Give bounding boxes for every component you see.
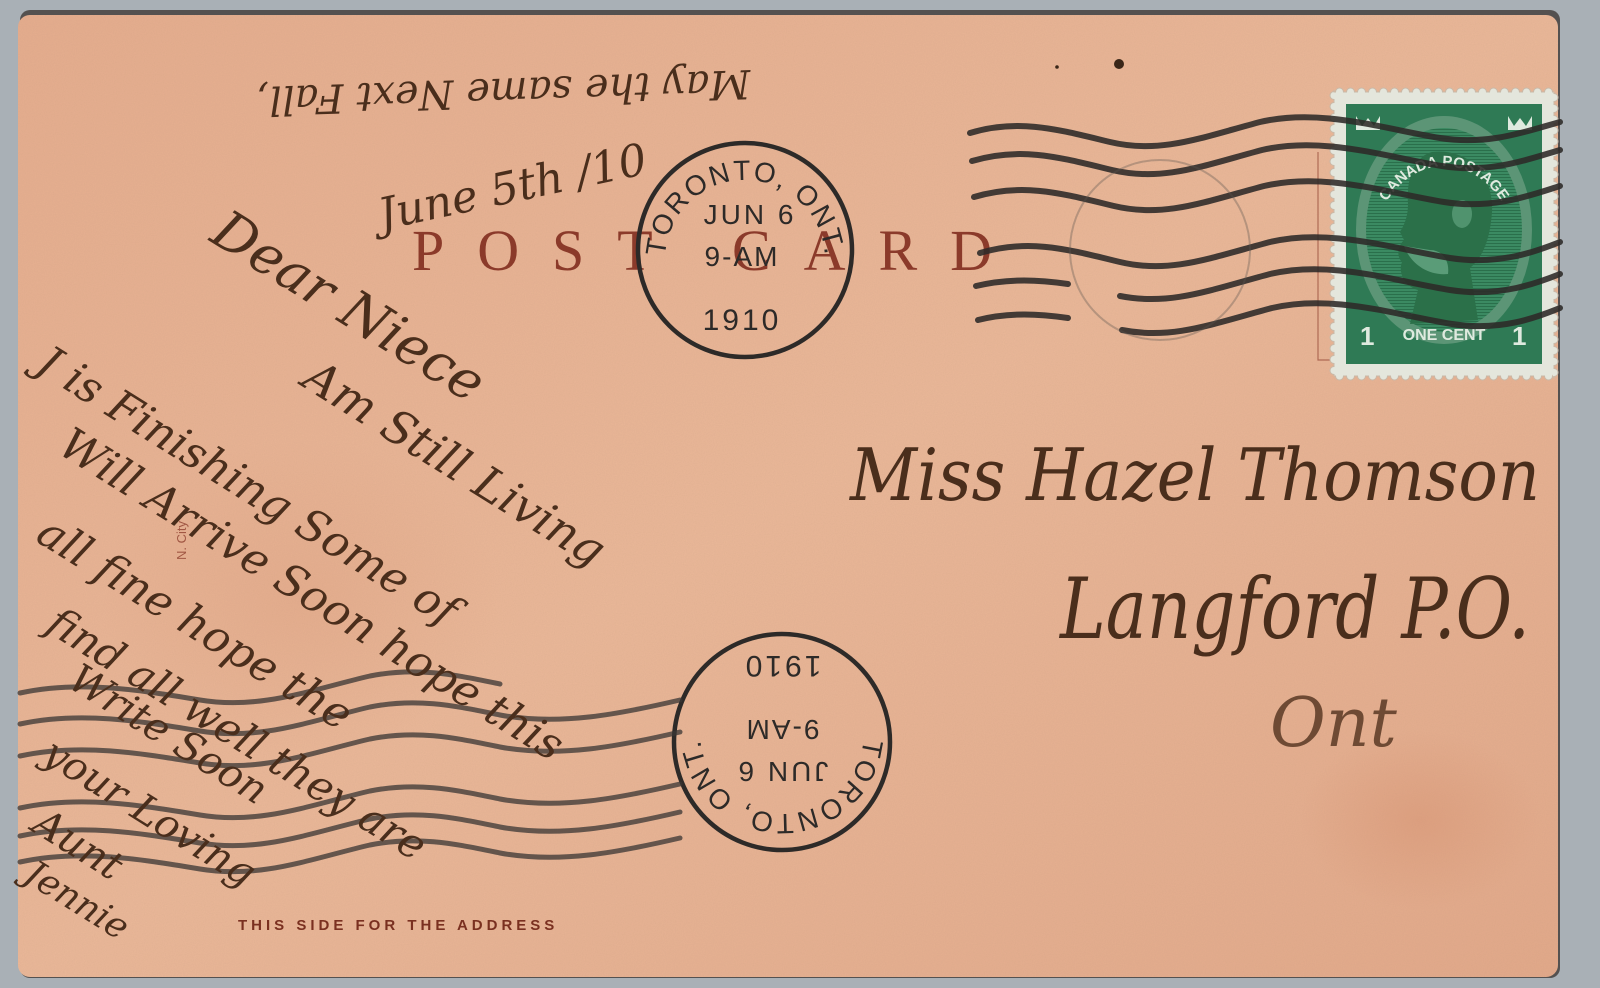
postmark-bottom: TORONTO, ONT. JUN 6 9-AM 1910	[674, 634, 890, 850]
postmark-date: JUN 6	[736, 756, 829, 787]
stamp-value-text: ONE CENT	[1403, 327, 1486, 344]
address-province: Ont	[1270, 684, 1398, 763]
postmark-time: 9-AM	[705, 241, 780, 272]
postmark-time: 9-AM	[745, 714, 820, 745]
postmark-year: 1910	[703, 304, 782, 337]
address-town: Langford P.O.	[1058, 560, 1530, 658]
stamp-denomination-left: 1	[1360, 321, 1374, 351]
postmark-year: 1910	[743, 649, 822, 682]
postmark-date: JUN 6	[704, 199, 797, 230]
address-name: Miss Hazel Thomson	[848, 433, 1540, 517]
ink-spot	[1114, 59, 1124, 69]
address-side-note: THIS SIDE FOR THE ADDRESS	[238, 917, 558, 934]
postmark-top: TORONTO, ONT. JUN 6 9-AM 1910	[638, 143, 852, 357]
postcard-scan: POST CARD ONE CENT CANADA POSTAGE 1 1	[0, 0, 1600, 988]
ink-spot	[1055, 65, 1059, 69]
